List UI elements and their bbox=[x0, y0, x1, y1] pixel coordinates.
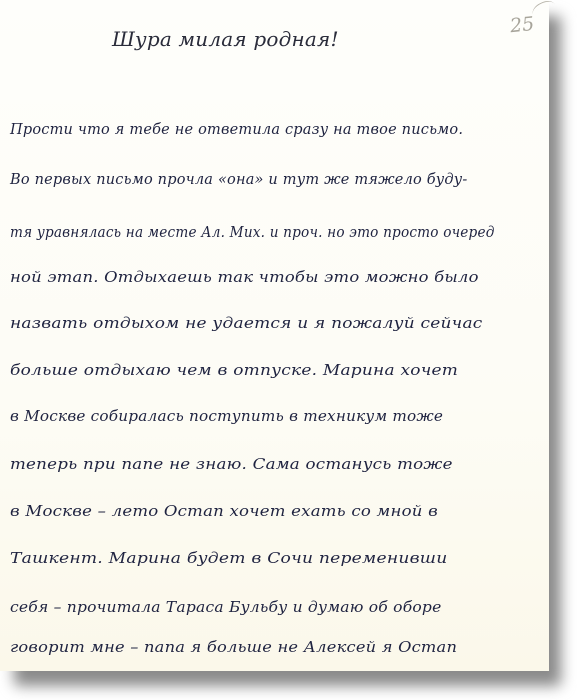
letter-line-9: в Москве – лето Остап хочет ехать со мно… bbox=[10, 504, 438, 520]
letter-salutation: Шура милая родная! bbox=[112, 27, 339, 51]
letter-line-6: больше отдыхаю чем в отпуске. Марина хоч… bbox=[10, 363, 458, 379]
letter-line-11: себя – прочитала Тараса Бульбу и думаю о… bbox=[10, 600, 441, 616]
page-number: 25 bbox=[509, 13, 535, 37]
letter-line-10: Ташкент. Марина будет в Сочи переменивши bbox=[10, 551, 447, 567]
letter-line-12: говорит мне – папа я больше не Алексей я… bbox=[10, 640, 457, 656]
letter-line-7: в Москве собиралась поступить в техникум… bbox=[10, 409, 443, 425]
letter-line-3: тя уравнялась на месте Ал. Мих. и проч. … bbox=[10, 225, 495, 241]
letter-line-8: теперь при папе не знаю. Сама останусь т… bbox=[10, 457, 453, 473]
letter-line-2: Во первых письмо прочла «она» и тут же т… bbox=[10, 172, 468, 188]
letter-line-1: Прости что я тебе не ответила сразу на т… bbox=[10, 122, 463, 138]
letter-line-5: назвать отдыхом не удается и я пожалуй с… bbox=[10, 316, 483, 332]
letter-line-4: ной этап. Отдыхаешь так чтобы это можно … bbox=[10, 270, 479, 286]
letter-page: 25 Шура милая родная! Прости что я тебе … bbox=[0, 0, 549, 671]
